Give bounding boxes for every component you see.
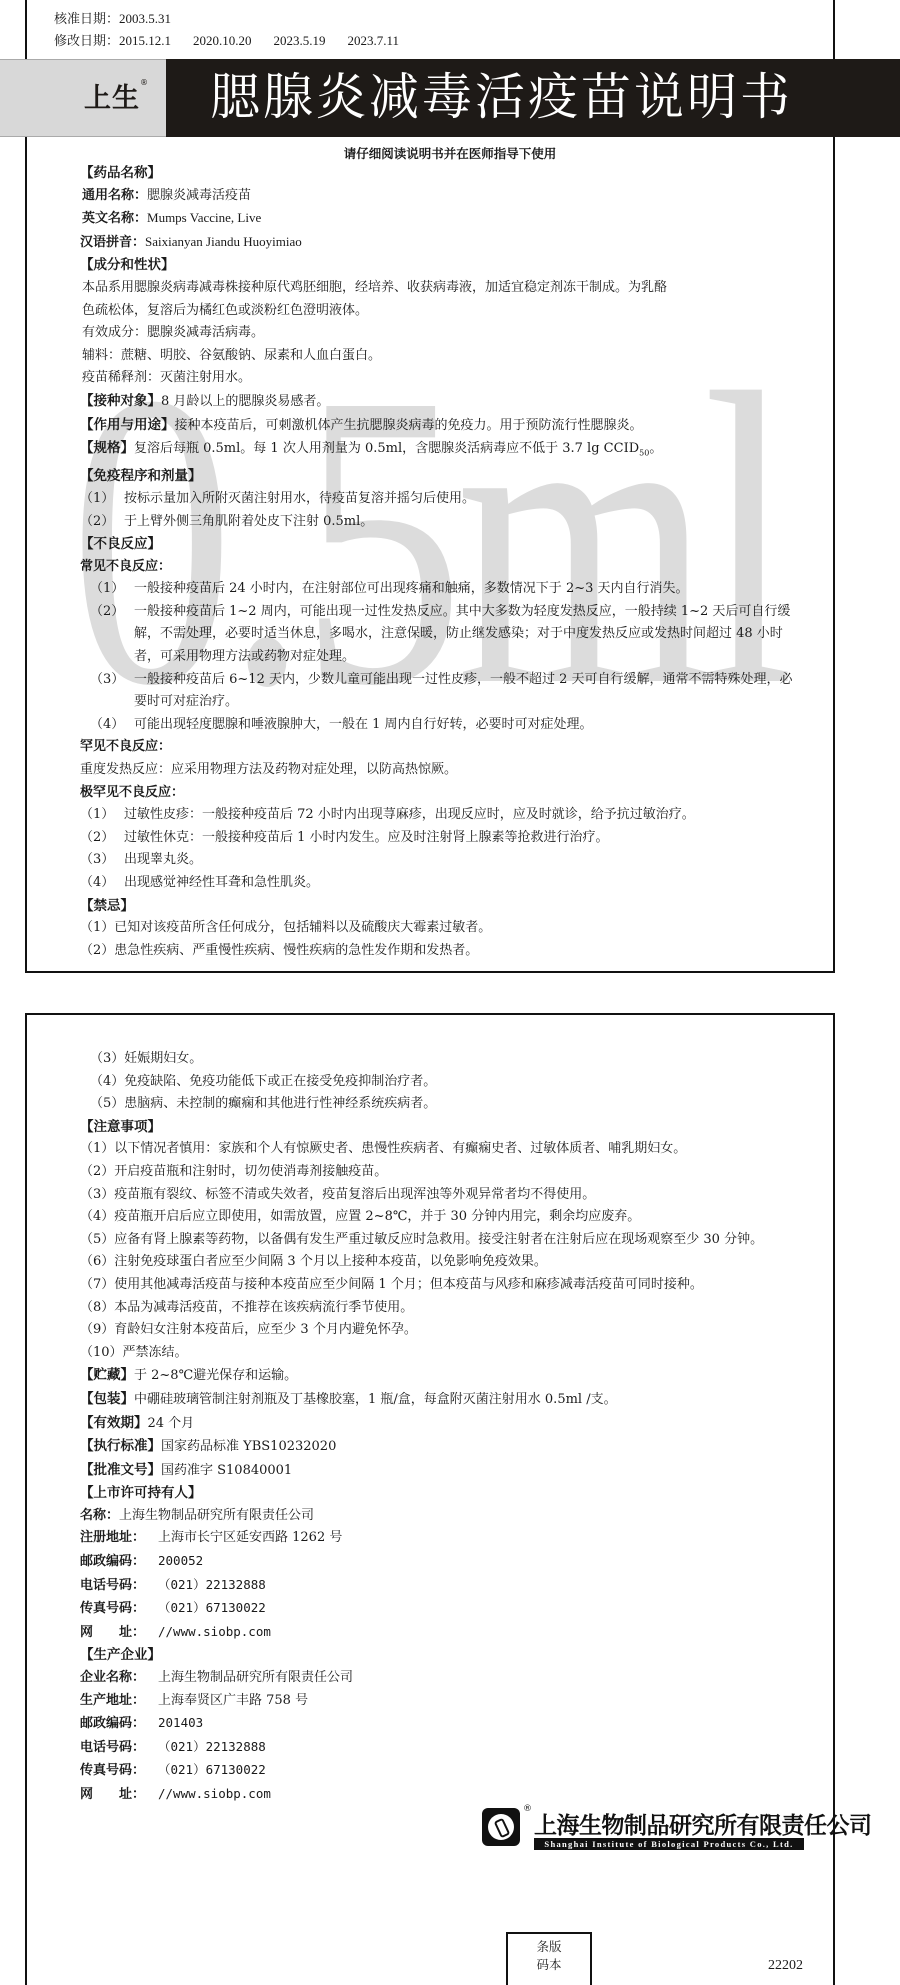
list-item: （5）应备有肾上腺素等药物，以备偶有发生严重过敏反应时急救用。接受注射者在注射后… (80, 1229, 805, 1252)
item-number: （2） (80, 827, 124, 850)
item-text: 以下情况者慎用：家族和个人有惊厥史者、患慢性疾病者、有癫痫史者、过敏体质者、哺乳… (114, 1138, 805, 1161)
list-item: （6）注射免疫球蛋白者应至少间隔 3 个月以上接种本疫苗，以免影响免疫效果。 (80, 1251, 805, 1274)
item-number: （1） (80, 1138, 114, 1161)
manufacturer-name-label: 企业名称： (80, 1667, 158, 1690)
barcode-label-line2: 码本 (508, 1956, 590, 1974)
item-text: 按标示量加入所附灭菌注射用水，待疫苗复溶并摇匀后使用。 (124, 488, 805, 511)
indication-text: 接种本疫苗后，可刺激机体产生抗腮腺炎病毒的免疫力。用于预防流行性腮腺炎。 (175, 418, 643, 433)
manufacturer-phone: （021）22132888 (158, 1739, 266, 1754)
item-text: 患急性疾病、严重慢性疾病、慢性疾病的急性发作期和发热者。 (114, 940, 805, 963)
item-text: 可能出现轻度腮腺和唾液腺肿大，一般在 1 周内自行好转，必要时可对症处理。 (134, 714, 805, 737)
list-item: （1）已知对该疫苗所含任何成分，包括辅料以及硫酸庆大霉素过敏者。 (80, 917, 805, 940)
composition-text: 本品系用腮腺炎病毒减毒株接种原代鸡胚细胞，经培养、收获病毒液，加适宜稳定剂冻干制… (80, 277, 805, 300)
brand-logo: 上生® (84, 76, 149, 115)
manufacturer-info: 企业名称：上海生物制品研究所有限责任公司 生产地址：上海奉贤区广丰路 758 号… (80, 1667, 805, 1807)
section-drug-name: 【药品名称】 (80, 162, 805, 185)
advice-note: 请仔细阅读说明书并在医师指导下使用 (0, 144, 900, 162)
list-item: （1）以下情况者慎用：家族和个人有惊厥史者、患慢性疾病者、有癫痫史者、过敏体质者… (80, 1138, 805, 1161)
common-reactions-title: 常见不良反应： (80, 556, 805, 579)
list-item: （1）按标示量加入所附灭菌注射用水，待疫苗复溶并摇匀后使用。 (80, 488, 805, 511)
item-text: 妊娠期妇女。 (124, 1048, 805, 1071)
list-item: （3）疫苗瓶有裂纹、标签不清或失效者，疫苗复溶后出现浑浊等外观异常者均不得使用。 (80, 1184, 805, 1207)
active-ingredient: 有效成分：腮腺炎减毒活病毒。 (80, 322, 805, 345)
brand-panel: 上生® (0, 59, 166, 137)
version-code: 22202 (768, 1958, 803, 1974)
item-number: （10） (80, 1342, 123, 1365)
microscope-emblem-icon (482, 1808, 520, 1846)
manufacturer-website-label: 网 址： (80, 1784, 158, 1807)
list-item: （2）患急性疾病、严重慢性疾病、慢性疾病的急性发作期和发热者。 (80, 940, 805, 963)
item-number: （5） (90, 1093, 124, 1116)
spec-end: 。 (649, 441, 662, 456)
manufacturer-phone-label: 电话号码： (80, 1737, 158, 1760)
leaflet-content-page-2: （3）妊娠期妇女。 （4）免疫缺陷、免疫功能低下或正在接受免疫抑制治疗者。 （5… (80, 1048, 805, 1807)
list-item: （7）使用其他减毒活疫苗与接种本疫苗应至少间隔 1 个月；但本疫苗与风疹和麻疹减… (80, 1274, 805, 1297)
item-text: 本品为减毒活疫苗，不推荐在该疾病流行季节使用。 (114, 1297, 805, 1320)
mah-address: 上海市长宁区延安西路 1262 号 (158, 1530, 342, 1545)
item-number: （4） (90, 1071, 124, 1094)
registered-mark-icon: ® (140, 78, 149, 87)
item-text: 免疫缺陷、免疫功能低下或正在接受免疫抑制治疗者。 (124, 1071, 805, 1094)
section-storage: 【贮藏】 (80, 1367, 134, 1383)
generic-name: 腮腺炎减毒活疫苗 (147, 188, 251, 203)
section-indication: 【作用与用途】 (80, 417, 175, 433)
company-name-en: Shanghai Institute of Biological Product… (534, 1838, 804, 1850)
list-item: （4）免疫缺陷、免疫功能低下或正在接受免疫抑制治疗者。 (80, 1071, 805, 1094)
manufacturer-zip-label: 邮政编码： (80, 1713, 158, 1736)
item-number: （9） (80, 1319, 114, 1342)
list-item: （1）一般接种疫苗后 24 小时内，在注射部位可出现疼痛和触痛，多数情况下于 2… (80, 578, 805, 601)
diluent: 疫苗稀释剂：灭菌注射用水。 (80, 367, 805, 390)
item-number: （1） (80, 488, 124, 511)
mah-zip-label: 邮政编码： (80, 1551, 158, 1574)
document-title: 腮腺炎减毒活疫苗说明书 (210, 65, 793, 129)
item-number: （7） (80, 1274, 114, 1297)
mah-fax-label: 传真号码： (80, 1598, 158, 1621)
section-spec: 【规格】 (80, 440, 134, 456)
section-standard: 【执行标准】 (80, 1438, 161, 1454)
item-number: （4） (80, 872, 124, 895)
section-precautions: 【注意事项】 (80, 1116, 805, 1139)
mah-phone-label: 电话号码： (80, 1575, 158, 1598)
approval-number-text: 国药准字 S10840001 (161, 1463, 292, 1478)
item-text: 一般接种疫苗后 24 小时内，在注射部位可出现疼痛和触痛，多数情况下于 2~3 … (134, 578, 805, 601)
list-item: （2）过敏性休克：一般接种疫苗后 1 小时内发生。应及时注射肾上腺素等抢救进行治… (80, 827, 805, 850)
barcode-placeholder: 条版 码本 (506, 1932, 592, 1985)
list-item: （4）出现感觉神经性耳聋和急性肌炎。 (80, 872, 805, 895)
item-number: （5） (80, 1229, 114, 1252)
item-text: 于上臂外侧三角肌附着处皮下注射 0.5ml。 (124, 511, 805, 534)
item-text: 使用其他减毒活疫苗与接种本疫苗应至少间隔 1 个月；但本疫苗与风疹和麻疹减毒活疫… (114, 1274, 805, 1297)
mah-phone: （021）22132888 (158, 1577, 266, 1592)
item-text: 育龄妇女注射本疫苗后，应至少 3 个月内避免怀孕。 (114, 1319, 805, 1342)
item-text: 疫苗瓶开启后应立即使用，如需放置，应置 2~8℃，并于 30 分钟内用完，剩余均… (114, 1206, 805, 1229)
company-logo: ® 上海生物制品研究所有限责任公司 Shanghai Institute of … (482, 1800, 802, 1860)
item-text: 过敏性休克：一般接种疫苗后 1 小时内发生。应及时注射肾上腺素等抢救进行治疗。 (124, 827, 805, 850)
target-text: 8 月龄以上的腮腺炎易感者。 (161, 394, 329, 409)
revision-date-label: 修改日期： (54, 33, 119, 48)
item-number: （2） (90, 601, 134, 669)
item-number: （2） (80, 511, 124, 534)
item-number: （3） (80, 849, 124, 872)
list-item: （8）本品为减毒活疫苗，不推荐在该疾病流行季节使用。 (80, 1297, 805, 1320)
generic-name-label: 通用名称： (82, 188, 147, 203)
very-rare-reactions-title: 极罕见不良反应： (80, 782, 805, 805)
approval-date-label: 核准日期： (54, 11, 119, 26)
storage-text: 于 2~8℃避光保存和运输。 (134, 1368, 297, 1383)
mah-address-label: 注册地址： (80, 1527, 158, 1550)
item-text: 出现睾丸炎。 (124, 849, 805, 872)
title-panel: 腮腺炎减毒活疫苗说明书 (166, 59, 900, 137)
mah-website-link[interactable]: //www.siobp.com (158, 1624, 271, 1639)
item-number: （1） (80, 804, 124, 827)
list-item: （1）过敏性皮疹：一般接种疫苗后 72 小时内出现荨麻疹，出现反应时，应及时就诊… (80, 804, 805, 827)
list-item: （3）一般接种疫苗后 6~12 天内，少数儿童可能出现一过性皮疹，一般不超过 2… (80, 669, 805, 714)
mah-zip: 200052 (158, 1553, 203, 1568)
company-name-cn: 上海生物制品研究所有限责任公司 (534, 1807, 872, 1840)
composition-text: 色疏松体，复溶后为橘红色或淡粉红色澄明液体。 (80, 300, 805, 323)
manufacturer-address-label: 生产地址： (80, 1690, 158, 1713)
item-text: 严禁冻结。 (123, 1342, 805, 1365)
package-text: 中硼硅玻璃管制注射剂瓶及丁基橡胶塞，1 瓶/盒，每盒附灭菌注射用水 0.5ml … (134, 1392, 617, 1407)
list-item: （4）可能出现轻度腮腺和唾液腺肿大，一般在 1 周内自行好转，必要时可对症处理。 (80, 714, 805, 737)
item-text: 过敏性皮疹：一般接种疫苗后 72 小时内出现荨麻疹，出现反应时，应及时就诊，给予… (124, 804, 805, 827)
manufacturer-fax: （021）67130022 (158, 1762, 266, 1777)
list-item: （2）开启疫苗瓶和注射时，切勿使消毒剂接触疫苗。 (80, 1161, 805, 1184)
english-name-label: 英文名称： (82, 211, 147, 226)
item-text: 已知对该疫苗所含任何成分，包括辅料以及硫酸庆大霉素过敏者。 (114, 917, 805, 940)
excipients: 辅料：蔗糖、明胶、谷氨酸钠、尿素和人血白蛋白。 (80, 345, 805, 368)
item-number: （1） (90, 578, 134, 601)
revision-date: 2023.5.19 (274, 33, 326, 48)
list-item: （2）一般接种疫苗后 1~2 周内，可能出现一过性发热反应。其中大多数为轻度发热… (80, 601, 805, 669)
manufacturer-fax-label: 传真号码： (80, 1760, 158, 1783)
list-item: （9）育龄妇女注射本疫苗后，应至少 3 个月内避免怀孕。 (80, 1319, 805, 1342)
manufacturer-zip: 201403 (158, 1715, 203, 1730)
english-name: Mumps Vaccine, Live (147, 210, 261, 225)
revision-dates: 核准日期：2003.5.31 修改日期：2015.12.12020.10.202… (54, 8, 421, 52)
section-package: 【包装】 (80, 1391, 134, 1407)
standard-text: 国家药品标准 YBS10232020 (161, 1439, 336, 1454)
list-item: （4）疫苗瓶开启后应立即使用，如需放置，应置 2~8℃，并于 30 分钟内用完，… (80, 1206, 805, 1229)
list-item: （3）妊娠期妇女。 (80, 1048, 805, 1071)
approval-date: 2003.5.31 (119, 11, 171, 26)
item-number: （3） (80, 1184, 114, 1207)
spec-subscript: 50 (639, 449, 649, 458)
section-mah: 【上市许可持有人】 (80, 1482, 805, 1505)
section-dosage: 【免疫程序和剂量】 (80, 465, 805, 488)
rare-reactions-text: 重度发热反应：应采用物理方法及药物对症处理，以防高热惊厥。 (80, 759, 805, 782)
section-approval-number: 【批准文号】 (80, 1462, 161, 1478)
list-item: （2）于上臂外侧三角肌附着处皮下注射 0.5ml。 (80, 511, 805, 534)
item-number: （4） (90, 714, 134, 737)
barcode-label-line1: 条版 (508, 1938, 590, 1956)
manufacturer-name: 上海生物制品研究所有限责任公司 (158, 1670, 353, 1685)
item-number: （1） (80, 917, 114, 940)
section-adverse: 【不良反应】 (80, 533, 805, 556)
pinyin-label: 汉语拼音： (80, 235, 145, 250)
manufacturer-website-link[interactable]: //www.siobp.com (158, 1786, 271, 1801)
title-banner: 上生® 腮腺炎减毒活疫苗说明书 (0, 59, 900, 137)
item-number: （8） (80, 1297, 114, 1320)
item-text: 疫苗瓶有裂纹、标签不清或失效者，疫苗复溶后出现浑浊等外观异常者均不得使用。 (114, 1184, 805, 1207)
section-validity: 【有效期】 (80, 1415, 148, 1431)
leaflet-content-page-1: 【药品名称】 通用名称：腮腺炎减毒活疫苗 英文名称：Mumps Vaccine,… (80, 162, 805, 962)
item-number: （3） (90, 1048, 124, 1071)
item-number: （2） (80, 1161, 114, 1184)
pinyin-name: Saixianyan Jiandu Huoyimiao (145, 234, 302, 249)
item-text: 应备有肾上腺素等药物，以备偶有发生严重过敏反应时急救用。接受注射者在注射后应在现… (114, 1229, 805, 1252)
section-manufacturer: 【生产企业】 (80, 1644, 805, 1667)
mah-name-label: 名称： (80, 1505, 119, 1528)
item-text: 开启疫苗瓶和注射时，切勿使消毒剂接触疫苗。 (114, 1161, 805, 1184)
item-text: 一般接种疫苗后 1~2 周内，可能出现一过性发热反应。其中大多数为轻度发热反应，… (134, 601, 805, 669)
manufacturer-address: 上海奉贤区广丰路 758 号 (158, 1693, 308, 1708)
item-text: 注射免疫球蛋白者应至少间隔 3 个月以上接种本疫苗，以免影响免疫效果。 (114, 1251, 805, 1274)
registered-mark-icon: ® (523, 1804, 532, 1814)
item-text: 一般接种疫苗后 6~12 天内，少数儿童可能出现一过性皮疹，一般不超过 2 天可… (134, 669, 805, 714)
list-item: （10）严禁冻结。 (80, 1342, 805, 1365)
mah-website-label: 网 址： (80, 1622, 158, 1645)
spec-text: 复溶后每瓶 0.5ml。每 1 次人用剂量为 0.5ml，含腮腺炎活病毒应不低于… (134, 441, 639, 456)
mah-fax: （021）67130022 (158, 1600, 266, 1615)
item-number: （2） (80, 940, 114, 963)
item-number: （4） (80, 1206, 114, 1229)
mah-info: 名称：上海生物制品研究所有限责任公司 注册地址：上海市长宁区延安西路 1262 … (80, 1505, 805, 1645)
mah-name: 上海生物制品研究所有限责任公司 (119, 1508, 314, 1523)
item-number: （6） (80, 1251, 114, 1274)
list-item: （3）出现睾丸炎。 (80, 849, 805, 872)
revision-date: 2023.7.11 (348, 33, 400, 48)
validity-text: 24 个月 (148, 1416, 195, 1431)
revision-date: 2015.12.1 (119, 33, 171, 48)
item-text: 出现感觉神经性耳聋和急性肌炎。 (124, 872, 805, 895)
revision-date: 2020.10.20 (193, 33, 252, 48)
section-composition: 【成分和性状】 (80, 254, 805, 277)
item-number: （3） (90, 669, 134, 714)
section-target: 【接种对象】 (80, 393, 161, 409)
rare-reactions-title: 罕见不良反应： (80, 736, 805, 759)
list-item: （5）患脑病、未控制的癫痫和其他进行性神经系统疾病者。 (80, 1093, 805, 1116)
section-contraindications: 【禁忌】 (80, 895, 805, 918)
item-text: 患脑病、未控制的癫痫和其他进行性神经系统疾病者。 (124, 1093, 805, 1116)
